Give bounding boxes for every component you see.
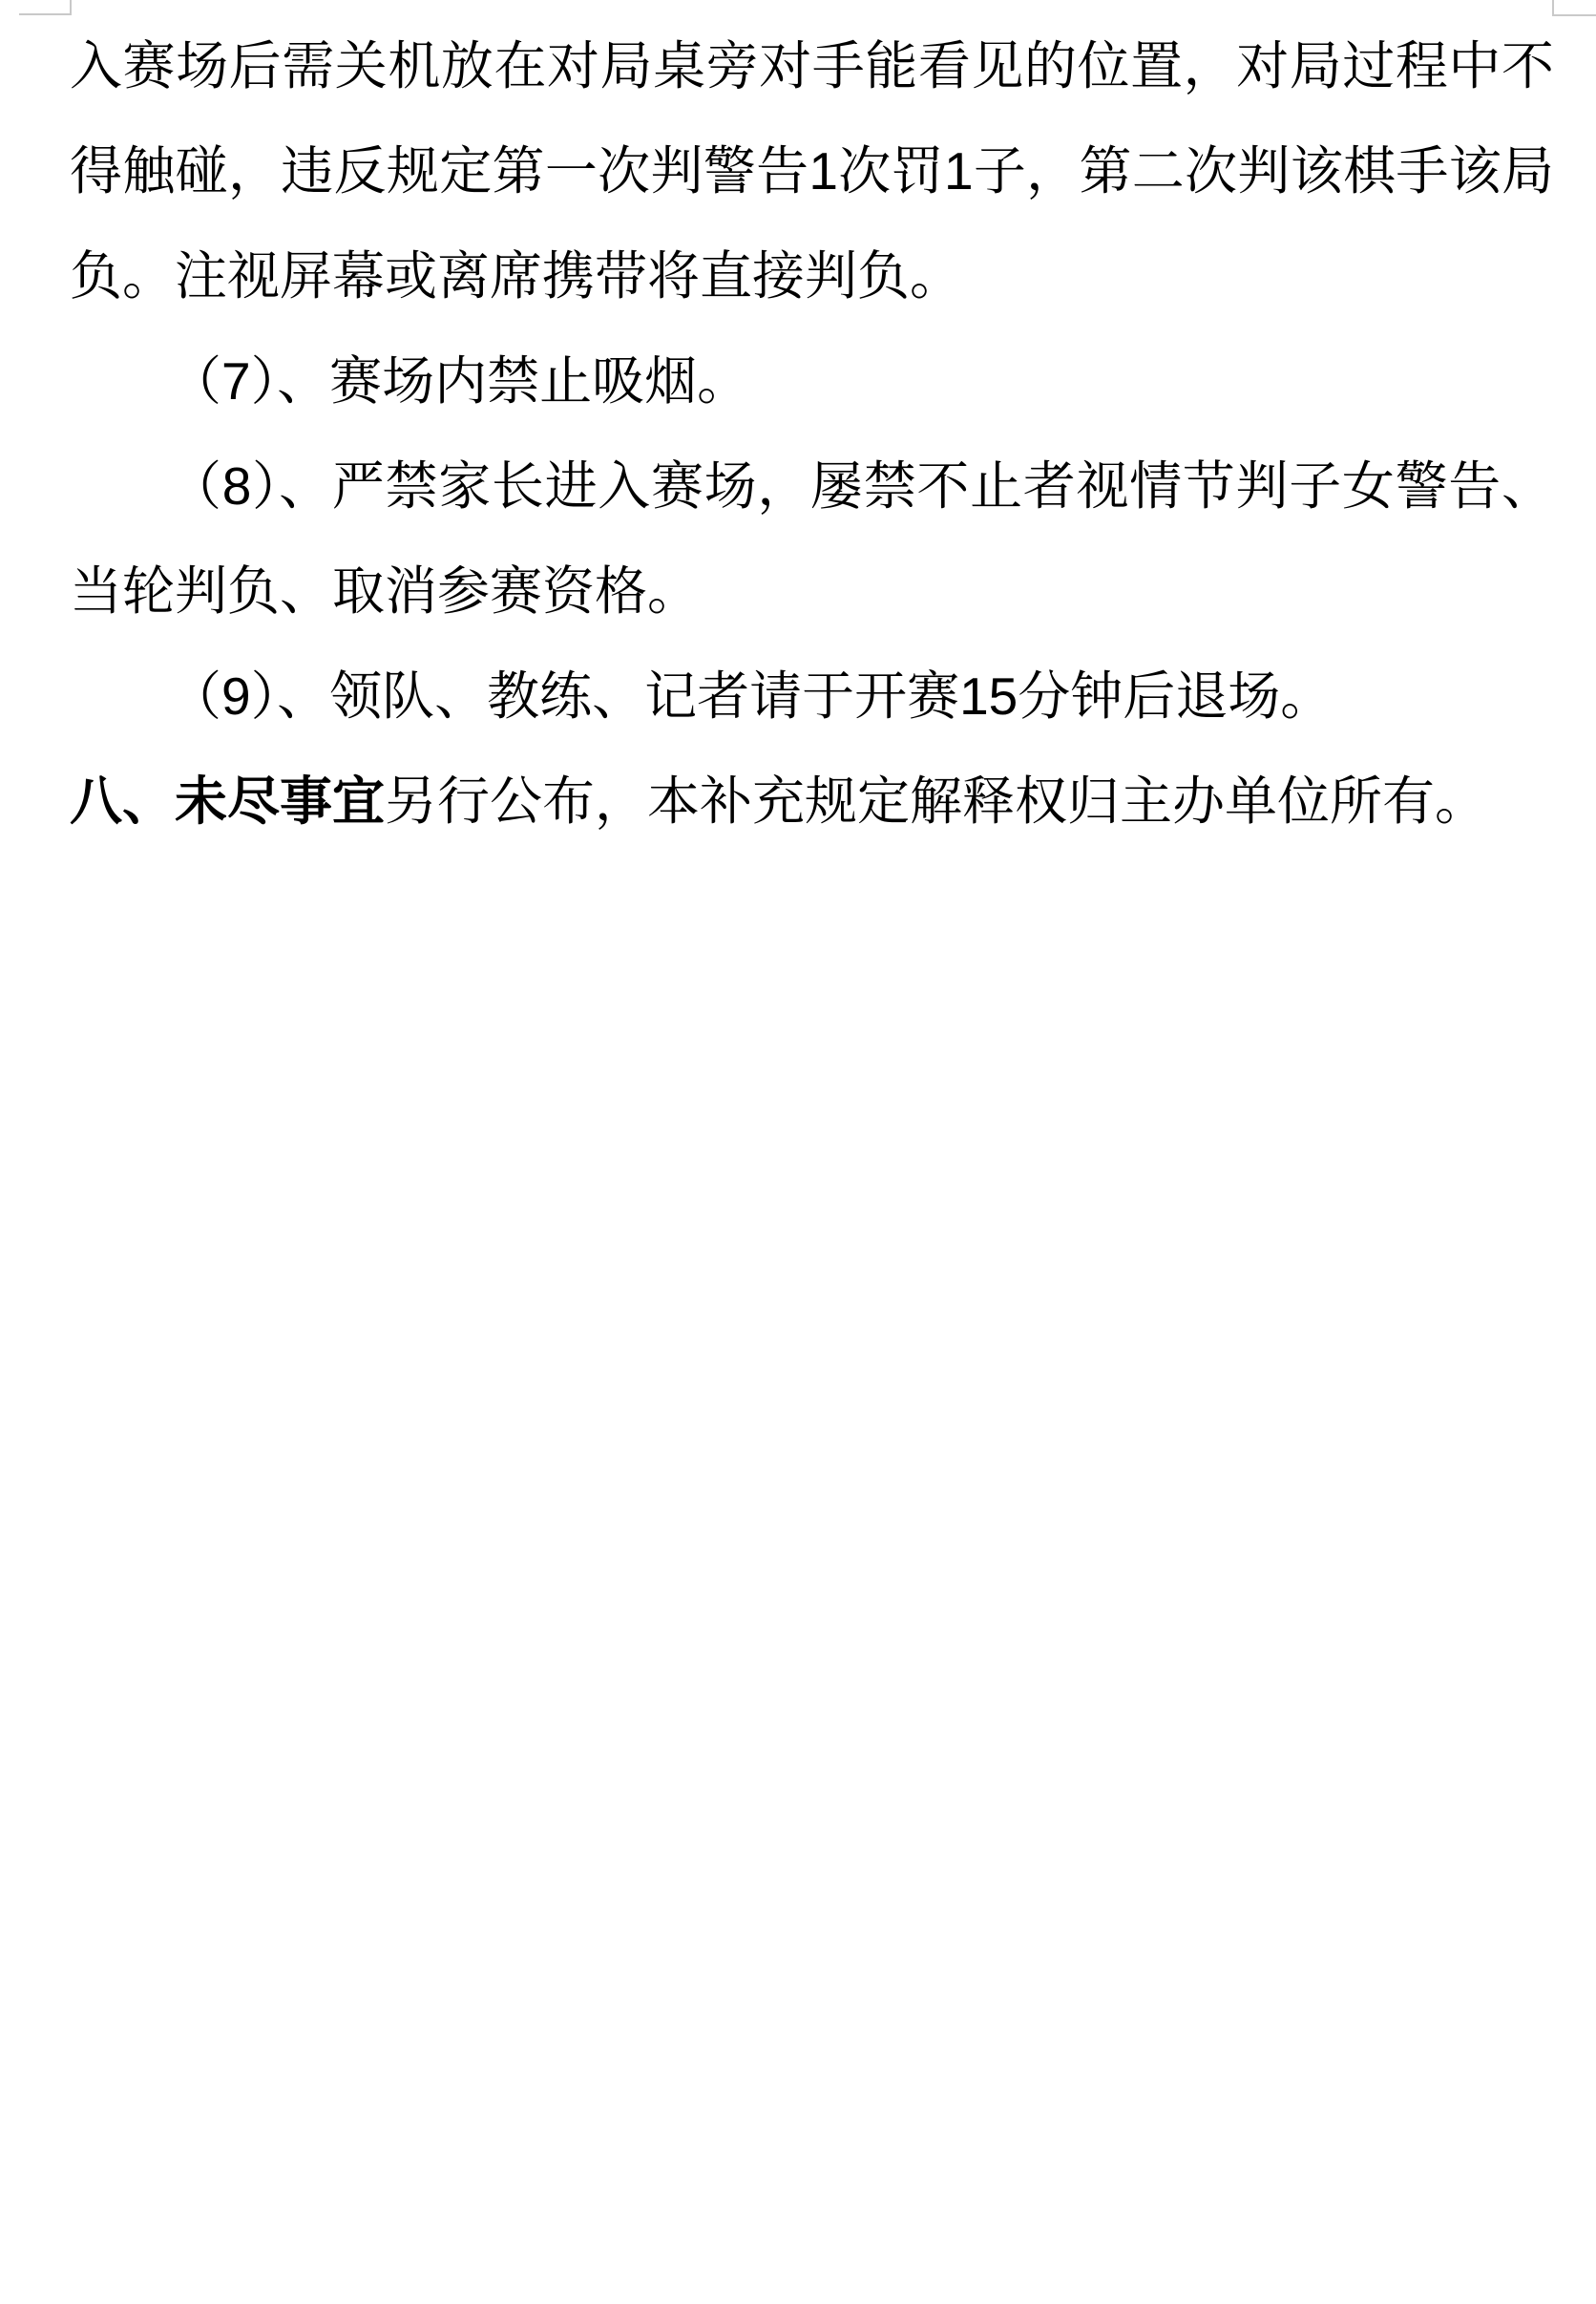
line-text: 得触碰，违反规定第一次判警告1次罚1子，第二次判该棋手该局 [70, 141, 1554, 201]
margin-corner-mark-top-right [1552, 0, 1596, 16]
line-text: 另行公布，本补充规定解释权归主办单位所有。 [385, 772, 1487, 831]
text-line: （8）、严禁家长进入赛场，屡禁不止者视情节判子女警告、 [70, 433, 1554, 539]
document-page[interactable]: 入赛场后需关机放在对局桌旁对手能看见的位置，对局过程中不得触碰，违反规定第一次判… [0, 0, 1596, 2304]
document-text-block: 入赛场后需关机放在对局桌旁对手能看见的位置，对局过程中不得触碰，违反规定第一次判… [70, 13, 1554, 854]
text-line: （9）、领队、教练、记者请于开赛15分钟后退场。 [70, 644, 1554, 749]
line-text: （8）、严禁家长进入赛场，屡禁不止者视情节判子女警告、 [169, 456, 1554, 516]
line-text: 入赛场后需关机放在对局桌旁对手能看见的位置，对局过程中不 [70, 36, 1554, 95]
bold-lead-text: 八、未尽事宜 [70, 772, 385, 831]
text-line: 入赛场后需关机放在对局桌旁对手能看见的位置，对局过程中不 [70, 13, 1554, 118]
text-line: 得触碰，违反规定第一次判警告1次罚1子，第二次判该棋手该局 [70, 118, 1554, 223]
text-line: （7）、赛场内禁止吸烟。 [70, 328, 1554, 433]
margin-corner-mark-top-left [19, 0, 72, 15]
line-text: 当轮判负、取消参赛资格。 [70, 561, 700, 621]
text-line: 当轮判负、取消参赛资格。 [70, 539, 1554, 644]
line-text: （7）、赛场内禁止吸烟。 [169, 351, 749, 411]
line-text: 负。注视屏幕或离席携带将直接判负。 [70, 246, 962, 306]
text-line: 负。注视屏幕或离席携带将直接判负。 [70, 223, 1554, 328]
line-text: （9）、领队、教练、记者请于开赛15分钟后退场。 [169, 666, 1333, 726]
text-line: 八、未尽事宜另行公布，本补充规定解释权归主办单位所有。 [70, 749, 1554, 854]
